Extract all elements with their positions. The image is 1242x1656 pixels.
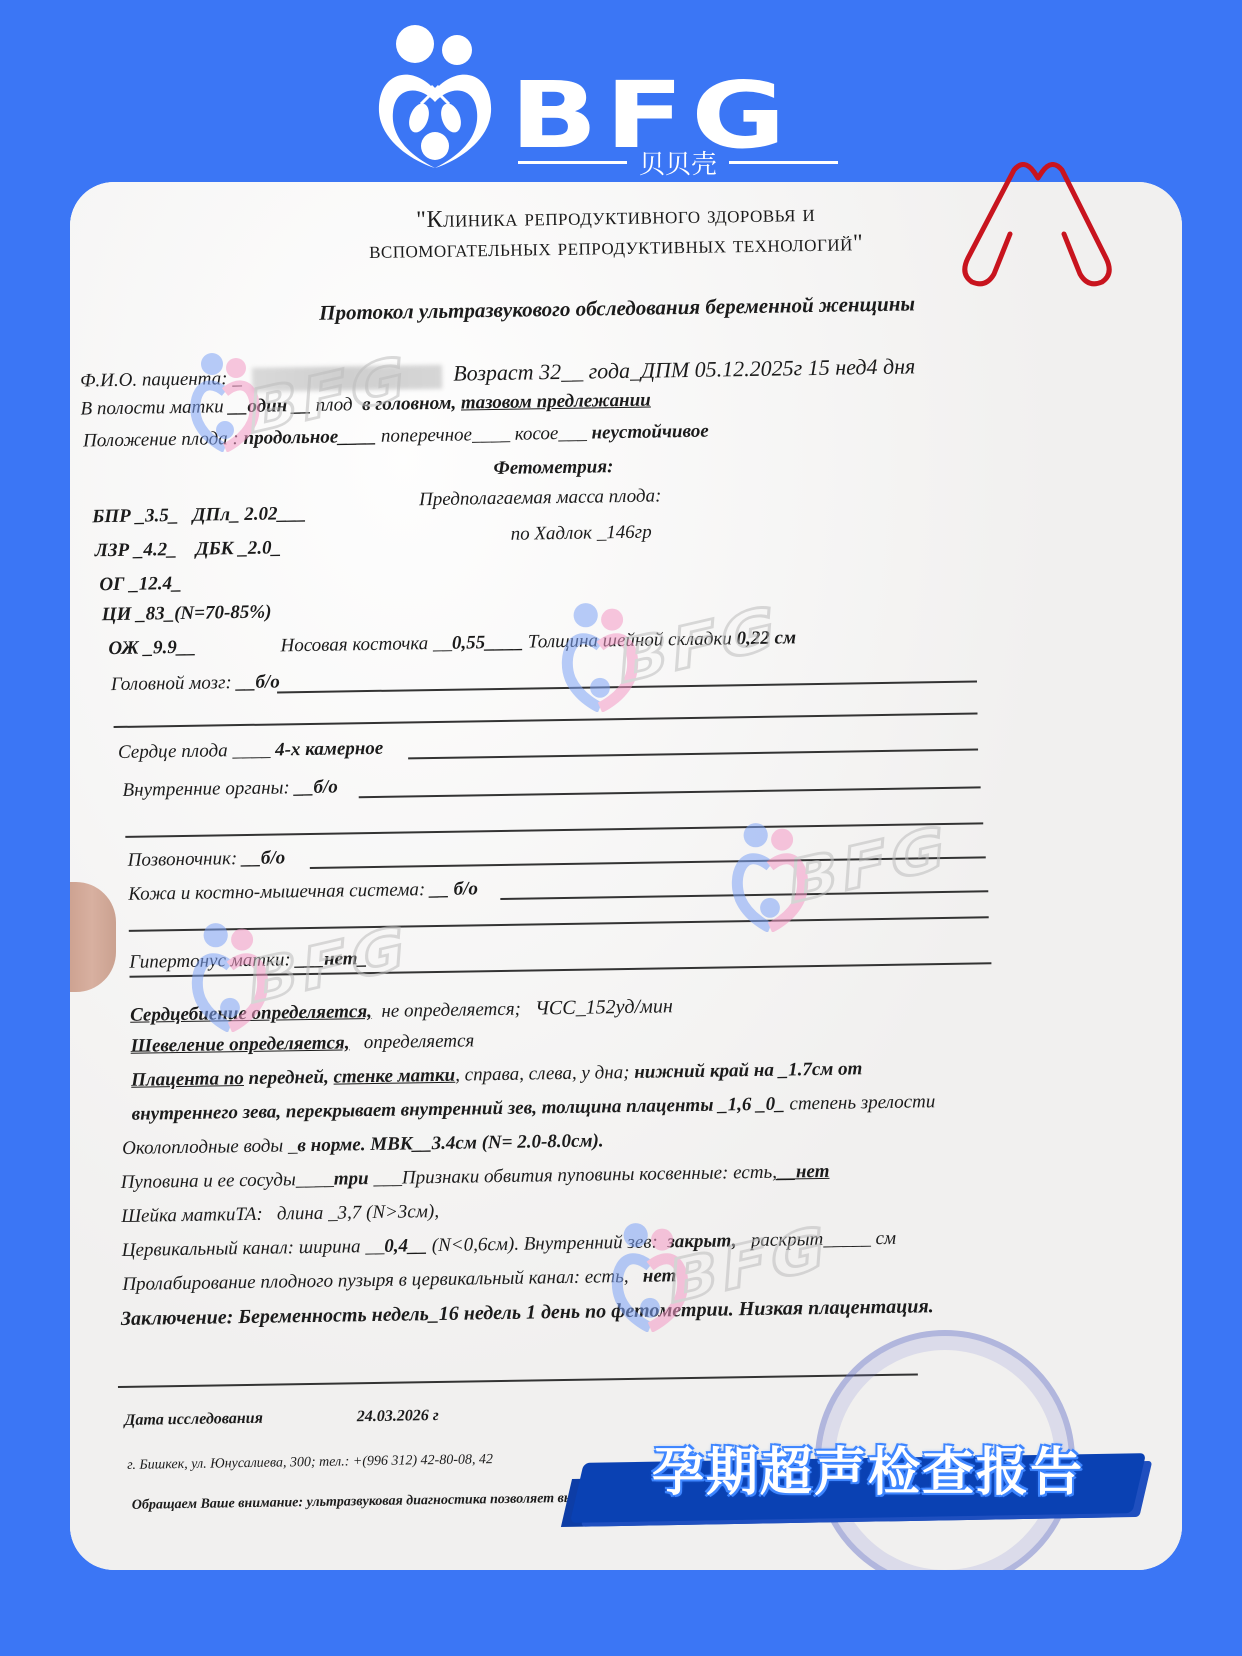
placenta-lower-edge: нижний край на _1.7см от — [634, 1058, 862, 1083]
uterus-row: В полости матки __один __ плод в головно… — [80, 390, 651, 421]
nuchal-cord-label: ___Признаки обвития пуповины косвенные: … — [373, 1162, 777, 1189]
fetal-position-opt-oblique: косое___ — [515, 423, 587, 445]
placenta-thickness: _1,6 _0_ — [718, 1094, 785, 1116]
lzr-value: ЛЗР _4.2_ — [95, 539, 177, 561]
internal-os-open: раскрыт_____ см — [751, 1228, 897, 1251]
organs-value: __б/о — [294, 777, 338, 799]
heart-row: Сердце плода ____ 4-х камерное — [118, 738, 384, 764]
weight-value: по Хадлок _146гр — [510, 522, 651, 546]
hypertonus-value: ___нет_ — [295, 948, 367, 970]
uterus-label: В полости матки — [80, 396, 223, 419]
placenta-label: Плацента по — [131, 1068, 244, 1091]
protocol-title: Протокол ультразвукового обследования бе… — [70, 287, 1173, 329]
presentation-head: в головном, — [362, 393, 456, 415]
heart-value: 4-х камерное — [275, 738, 383, 761]
heart-label: Сердце плода ____ — [118, 740, 271, 763]
prolapse-value: нет — [643, 1265, 677, 1287]
placenta-options: , справа, слева, у дна; — [455, 1062, 630, 1086]
nasal-bone-label: Носовая косточка __ — [280, 633, 452, 657]
umbilical-vessels-value: три — [334, 1168, 369, 1190]
banner-label: 孕期超声检查报告 — [598, 1430, 1138, 1505]
spine-value: __б/о — [242, 847, 286, 869]
umbilical-cord-row: Пуповина и ее сосуды____три ___Признаки … — [121, 1161, 830, 1194]
brain-value: __б/о — [236, 671, 280, 693]
fetal-position-label: Положение плода : — [83, 428, 239, 451]
dpl-value: ДПл_ 2.02___ — [192, 503, 306, 526]
nt-label: Толщина шейной складки — [528, 628, 732, 652]
nt-value: 0,22 см — [736, 627, 796, 649]
fetus-count: __один __ — [228, 395, 311, 417]
fetal-position-value: продольное____ — [243, 426, 376, 449]
internal-os-closed: закрыт, — [667, 1230, 737, 1252]
weight-label: Предполагаемая масса плода: — [419, 485, 662, 511]
placenta-row: Плацента по передней, стенке матки, спра… — [131, 1058, 863, 1091]
cervix-length: длина _3,7 (N>3см), — [277, 1201, 439, 1225]
og-value: ОГ _12.4_ — [99, 573, 182, 596]
logo-subtitle-text: 贝贝壳 — [639, 144, 717, 181]
blank-line — [500, 890, 988, 899]
signature-line — [118, 1373, 918, 1387]
clinic-address: г. Бишкек, ул. Юнусалиева, 300; тел.: +(… — [127, 1452, 493, 1474]
study-date-row: Дата исследования 24.03.2026 г — [124, 1407, 439, 1430]
ci-value: ЦИ _83_(N=70-85%) — [102, 602, 272, 627]
placenta-anterior: передней, — [248, 1067, 329, 1089]
brain-row: Головной мозг: __б/о — [111, 671, 280, 696]
ozh-value: ОЖ _9.9__ — [108, 637, 196, 659]
umbilical-cord-label: Пуповина и ее сосуды____ — [121, 1169, 334, 1193]
spine-label: Позвоночник: — [128, 848, 238, 871]
amniotic-fluid-label: Околоплодные воды _ — [122, 1135, 298, 1159]
brain-label: Головной мозг: — [111, 672, 232, 695]
placenta-wall: стенке матки — [333, 1065, 455, 1088]
cervical-canal-width: 0,4__ — [384, 1235, 427, 1257]
fetometry-title: Фетометрия: — [493, 456, 613, 480]
fetus-label: плод — [315, 394, 352, 416]
family-heart-icon — [375, 22, 495, 172]
nasal-row: ОЖ _9.9__ Носовая косточка __0,55____ То… — [108, 627, 796, 660]
blank-line — [310, 856, 986, 868]
fetal-position-opt-unstable: неустойчивое — [591, 421, 708, 444]
bfg-logo: BFG 贝贝壳 — [370, 20, 850, 170]
heartbeat-detected: Сердцебиение определяется, — [130, 1001, 372, 1026]
movement-alt: определяется — [364, 1030, 475, 1053]
divider — [518, 161, 627, 164]
organs-row: Внутренние органы: __б/о — [122, 777, 338, 802]
spine-row: Позвоночник: __б/о — [128, 847, 286, 871]
hypertonus-row: Гипертонус матки: ___нет_ — [129, 948, 367, 974]
cervix-row: Шейка маткиТА: длина _3,7 (N>3см), — [121, 1201, 439, 1228]
logo-subtitle: 贝贝壳 — [518, 140, 838, 184]
placenta-os-text: внутреннего зева, перекрывает внутренний… — [132, 1095, 714, 1125]
heartbeat-not-detected: не определяется; — [381, 999, 521, 1022]
fetometry-lzr-row: ЛЗР _4.2_ ДБК _2.0_ — [95, 537, 282, 562]
paper-clip-icon — [962, 162, 1112, 292]
study-date-label: Дата исследования — [124, 1410, 263, 1429]
skin-label: Кожа и костно-мышечная система: — [128, 879, 425, 905]
amniotic-fluid-row: Околоплодные воды _в норме. МВК__3.4см (… — [122, 1130, 604, 1160]
cervical-canal-row: Цервикальный канал: ширина __0,4__ (N<0,… — [122, 1228, 897, 1262]
conclusion: Заключение: Беременность недель_16 недел… — [121, 1295, 934, 1331]
movement-row: Шевеление определяется, определяется — [130, 1030, 474, 1057]
cervical-canal-label: Цервикальный канал: ширина __ — [122, 1236, 385, 1261]
blank-line — [359, 786, 981, 797]
hypertonus-label: Гипертонус матки: — [129, 949, 291, 973]
blank-line — [114, 712, 978, 727]
divider — [729, 161, 838, 164]
fetometry-bpr-row: БПР _3.5_ ДПл_ 2.02___ — [92, 503, 306, 528]
organs-label: Внутренние органы: — [122, 777, 289, 801]
heartbeat-row: Сердцебиение определяется, не определяет… — [130, 995, 673, 1027]
blank-line — [408, 748, 978, 759]
blank-line — [129, 916, 989, 931]
movement-detected: Шевеление определяется, — [130, 1032, 349, 1056]
patient-label: Ф.И.О. пациента: _ — [80, 368, 242, 392]
blank-line — [277, 680, 977, 693]
skin-value: __ б/о — [430, 878, 478, 900]
prolapse-row: Пролабирование плодного пузыря в цервика… — [122, 1265, 676, 1296]
presentation-breech: тазовом предлежании — [461, 390, 651, 414]
dbk-value: ДБК _2.0_ — [195, 537, 281, 559]
patient-age: Возраст 32__ года_ДПМ 05.12.2025г 15 нед… — [453, 353, 915, 385]
fetal-position-row: Положение плода : продольное____ попереч… — [83, 421, 709, 453]
redacted-patient-name — [252, 364, 442, 391]
prolapse-label: Пролабирование плодного пузыря в цервика… — [122, 1266, 629, 1295]
study-date-value: 24.03.2026 г — [357, 1407, 439, 1425]
nuchal-cord-value: __нет — [777, 1161, 830, 1183]
internal-os-label: (N<0,6см). Внутренний зев: — [432, 1232, 658, 1257]
placenta-maturity-label: степень зрелости — [789, 1091, 935, 1114]
skin-row: Кожа и костно-мышечная система: __ б/о — [128, 878, 478, 905]
heart-rate: ЧСС_152уд/мин — [535, 995, 673, 1019]
patient-row: Ф.И.О. пациента: _ Возраст 32__ года_ДПМ… — [80, 353, 916, 394]
placenta-row-2: внутреннего зева, перекрывает внутренний… — [132, 1091, 936, 1126]
fetal-position-opt-transverse: поперечное____ — [381, 424, 510, 447]
nasal-bone-value: 0,55____ — [452, 632, 524, 654]
report-title-banner: 孕期超声检查报告 — [578, 1428, 1138, 1528]
report-card: "Клиника репродуктивного здоровья и вспо… — [70, 182, 1182, 1570]
amniotic-fluid-value: в норме. МВК__3.4см (N= 2.0-8.0см). — [297, 1130, 603, 1156]
blank-line — [125, 822, 983, 837]
bpr-value: БПР _3.5_ — [92, 505, 178, 527]
cervix-label: Шейка маткиТА: — [121, 1204, 263, 1227]
